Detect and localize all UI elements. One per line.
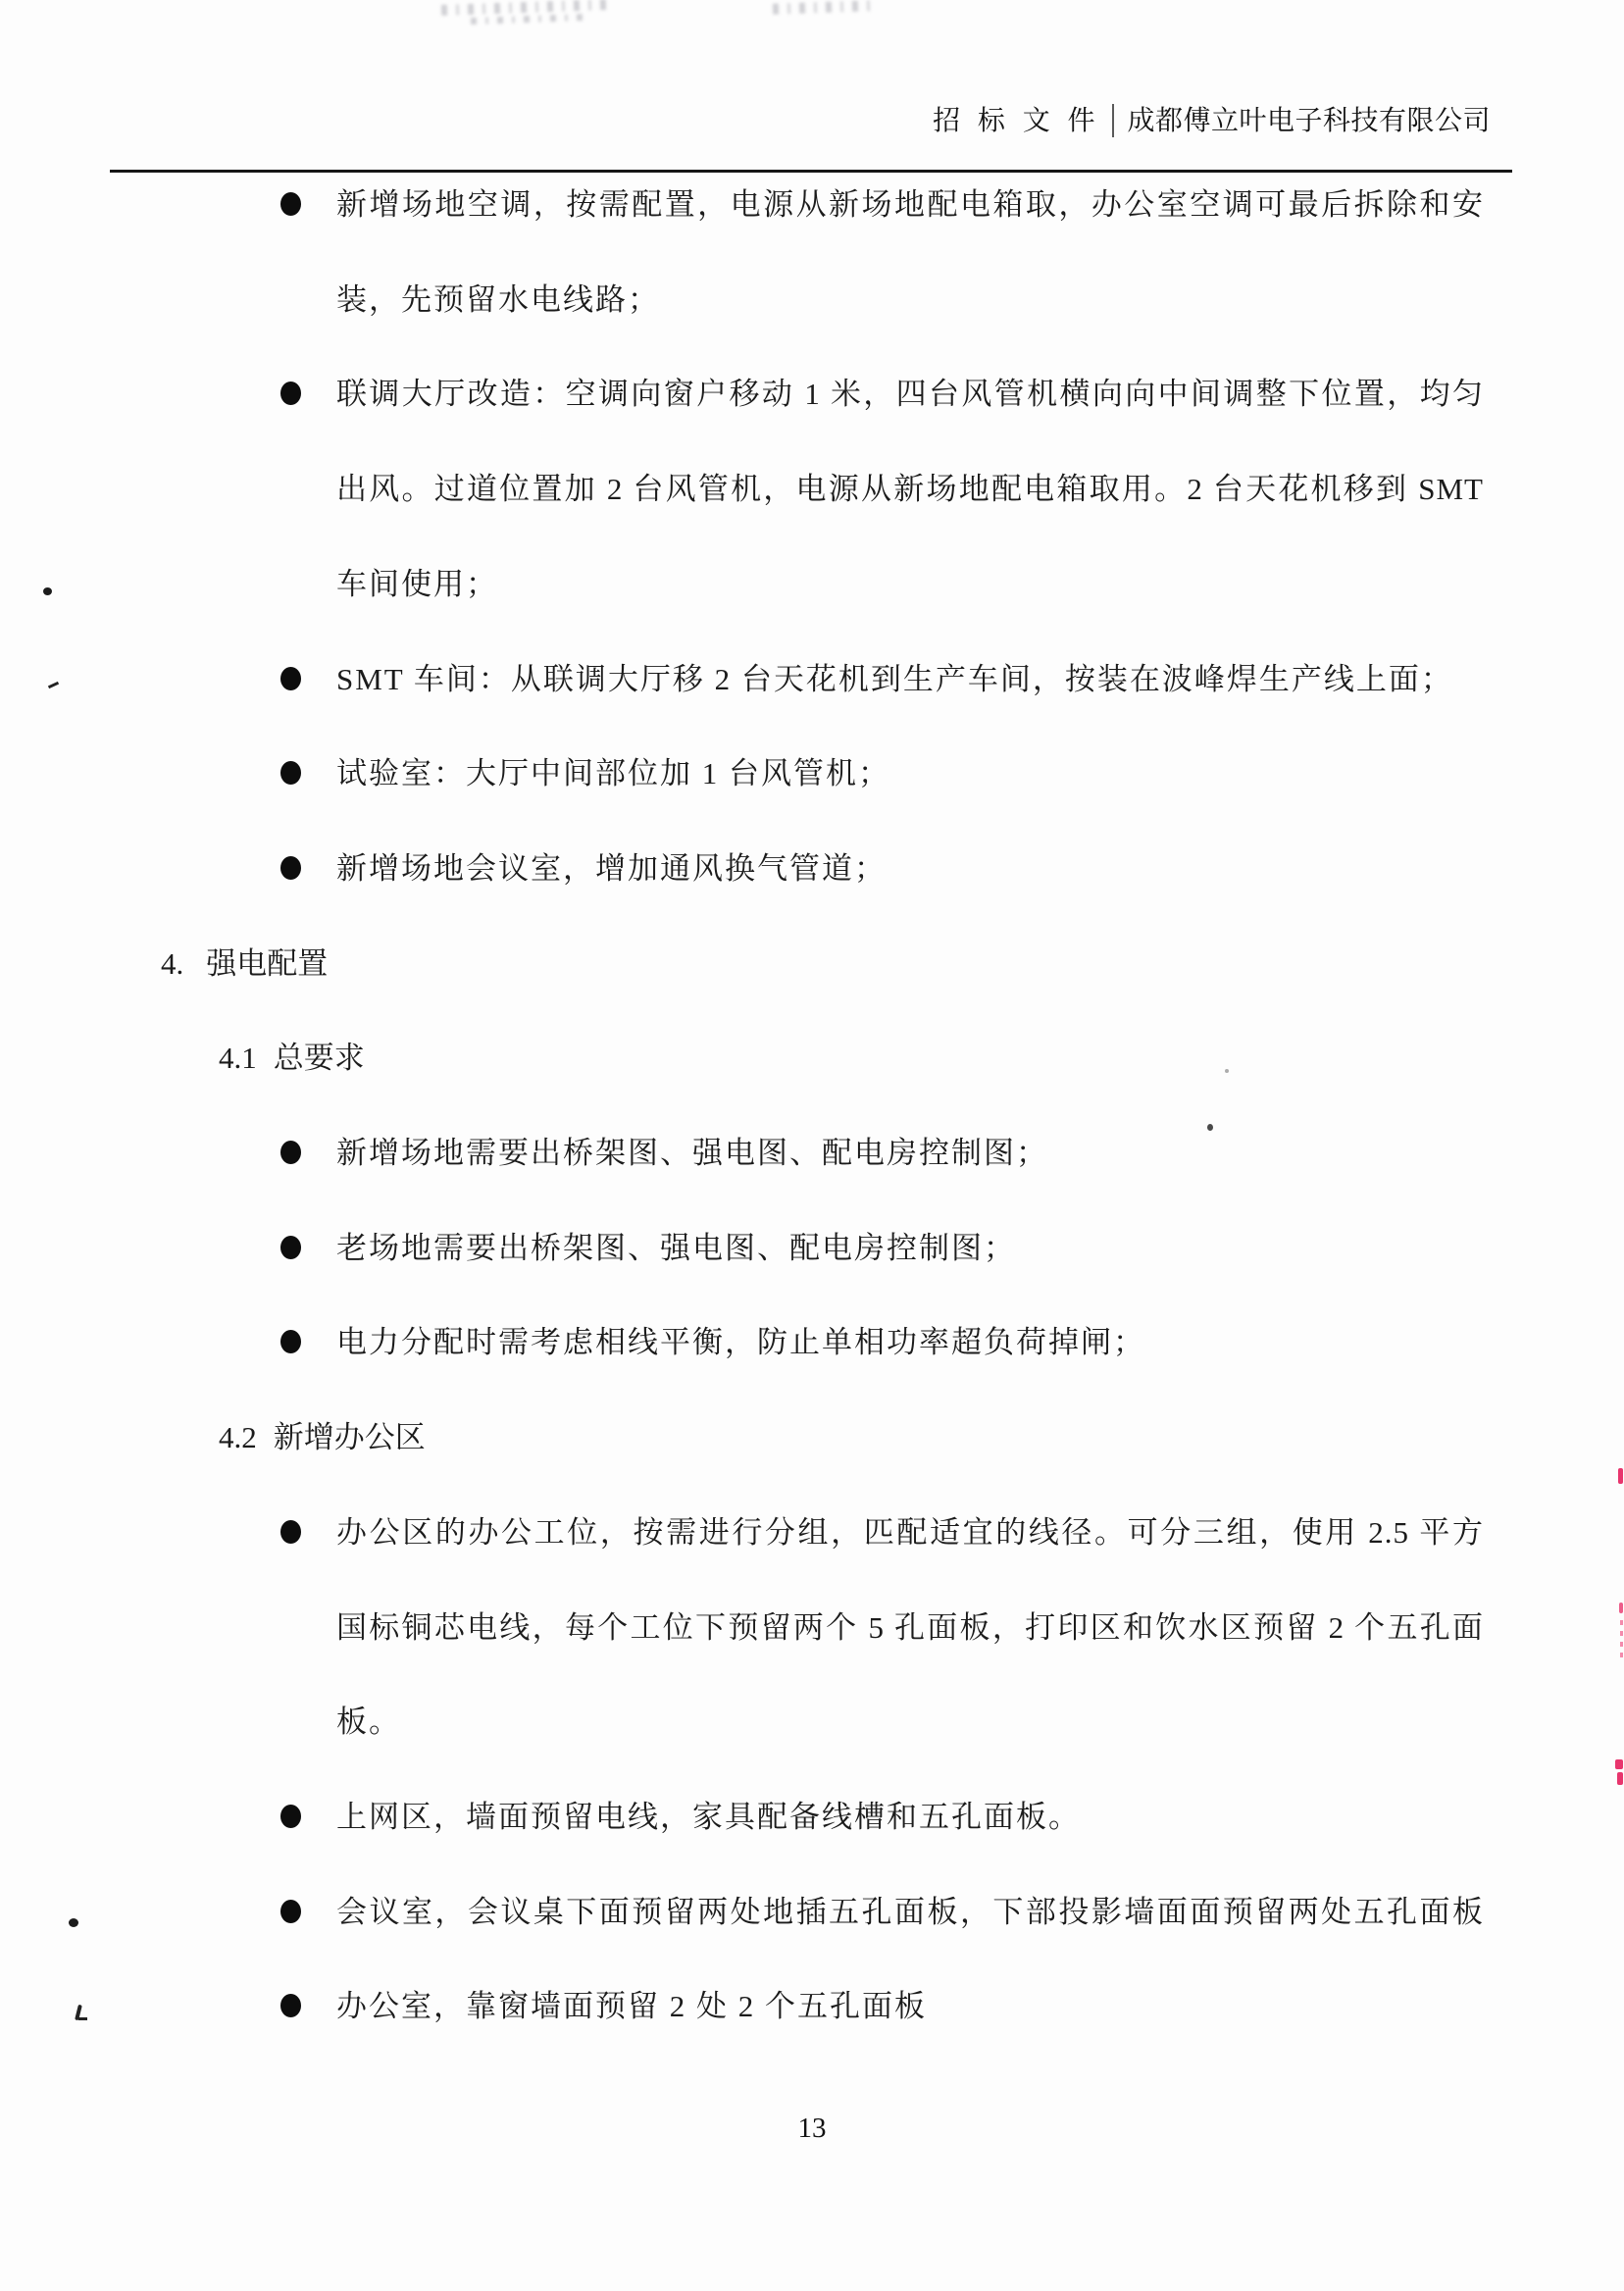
header-doc-type: 招 标 文 件 xyxy=(933,104,1099,137)
bullet-text-line: 电力分配时需考虑相线平衡，防止单相功率超负荷掉闸； xyxy=(336,1324,1484,1361)
header-company-name: 成都傅立叶电子科技有限公司 xyxy=(1127,104,1491,137)
scan-mark xyxy=(78,2017,87,2020)
bullet-text-line: SMT 车间：从联调大厅移 2 台天花机到生产车间，按装在波峰焊生产线上面； xyxy=(336,661,1484,698)
scan-mark xyxy=(43,587,52,595)
bullet-text-line: 联调大厅改造：空调向窗户移动 1 米，四台风管机横向向中间调整下位置，均匀 xyxy=(336,376,1484,413)
section-number: 4.2 xyxy=(219,1419,257,1456)
section-heading: 4.强电配置 xyxy=(161,945,328,983)
section-heading: 4.2新增办公区 xyxy=(219,1419,426,1456)
bullet-icon xyxy=(280,1141,301,1164)
page-header: 招 标 文 件 成都傅立叶电子科技有限公司 xyxy=(933,104,1491,137)
bullet-text-line: 车间使用； xyxy=(336,566,1484,603)
scan-mark xyxy=(1207,1124,1213,1131)
bullet-text-line: 新增场地会议室，增加通风换气管道； xyxy=(336,850,1484,888)
bullet-icon xyxy=(280,192,301,216)
bullet-text-line: 新增场地需要出桥架图、强电图、配电房控制图； xyxy=(336,1135,1484,1172)
bullet-text-line: 试验室：大厅中间部位加 1 台风管机； xyxy=(336,755,1484,792)
page-number: 13 xyxy=(0,2113,1624,2145)
bullet-text-line: 老场地需要出桥架图、强电图、配电房控制图； xyxy=(336,1230,1484,1267)
document-page: 招 标 文 件 成都傅立叶电子科技有限公司 新增场地空调，按需配置，电源从新场地… xyxy=(0,0,1624,2291)
bullet-icon xyxy=(280,1805,301,1828)
bullet-icon xyxy=(280,382,301,405)
scan-mark-pink xyxy=(1618,1468,1623,1484)
bullet-text-line: 出风。过道位置加 2 台风管机，电源从新场地配电箱取用。2 台天花机移到 SMT xyxy=(336,471,1484,508)
scan-smudge xyxy=(441,2,608,23)
section-heading: 4.1总要求 xyxy=(219,1040,365,1077)
bullet-icon xyxy=(280,761,301,785)
bullet-icon xyxy=(280,667,301,690)
bullet-icon xyxy=(280,856,301,880)
bullet-icon xyxy=(280,1330,301,1353)
bullet-text-line: 会议室，会议桌下面预留两处地插五孔面板，下部投影墙面面预留两处五孔面板 xyxy=(336,1894,1484,1931)
bullet-icon xyxy=(280,1900,301,1923)
bullet-text-line: 装，先预留水电线路； xyxy=(336,281,1484,319)
scan-mark xyxy=(1225,1069,1229,1073)
bullet-icon xyxy=(280,1994,301,2017)
section-title: 强电配置 xyxy=(206,946,328,981)
bullet-text-line: 上网区，墙面预留电线，家具配备线槽和五孔面板。 xyxy=(336,1799,1484,1836)
bullet-text-line: 国标铜芯电线，每个工位下预留两个 5 孔面板，打印区和饮水区预留 2 个五孔面 xyxy=(336,1609,1484,1647)
scan-mark-pink xyxy=(1617,1772,1623,1785)
scan-mark-pink xyxy=(1619,1603,1623,1613)
bullet-icon xyxy=(280,1520,301,1544)
bullet-text-line: 办公区的办公工位，按需进行分组，匹配适宜的线径。可分三组，使用 2.5 平方 xyxy=(336,1514,1484,1552)
section-title: 总要求 xyxy=(274,1041,365,1075)
scan-mark-pink xyxy=(1620,1620,1623,1663)
bullet-text-line: 新增场地空调，按需配置，电源从新场地配电箱取，办公室空调可最后拆除和安 xyxy=(336,186,1484,224)
scan-mark-pink xyxy=(1615,1759,1623,1769)
bullet-text-line: 办公室，靠窗墙面预留 2 处 2 个五孔面板 xyxy=(336,1988,1484,2025)
bullet-text-line: 板。 xyxy=(336,1704,1484,1741)
scan-mark xyxy=(48,682,59,688)
section-number: 4.1 xyxy=(219,1040,257,1077)
bullet-icon xyxy=(280,1236,301,1259)
scan-mark xyxy=(69,1918,78,1927)
header-rule xyxy=(110,170,1512,173)
section-title: 新增办公区 xyxy=(274,1420,426,1454)
scan-smudge xyxy=(773,2,871,13)
section-number: 4. xyxy=(161,945,183,983)
header-divider xyxy=(1112,104,1114,137)
